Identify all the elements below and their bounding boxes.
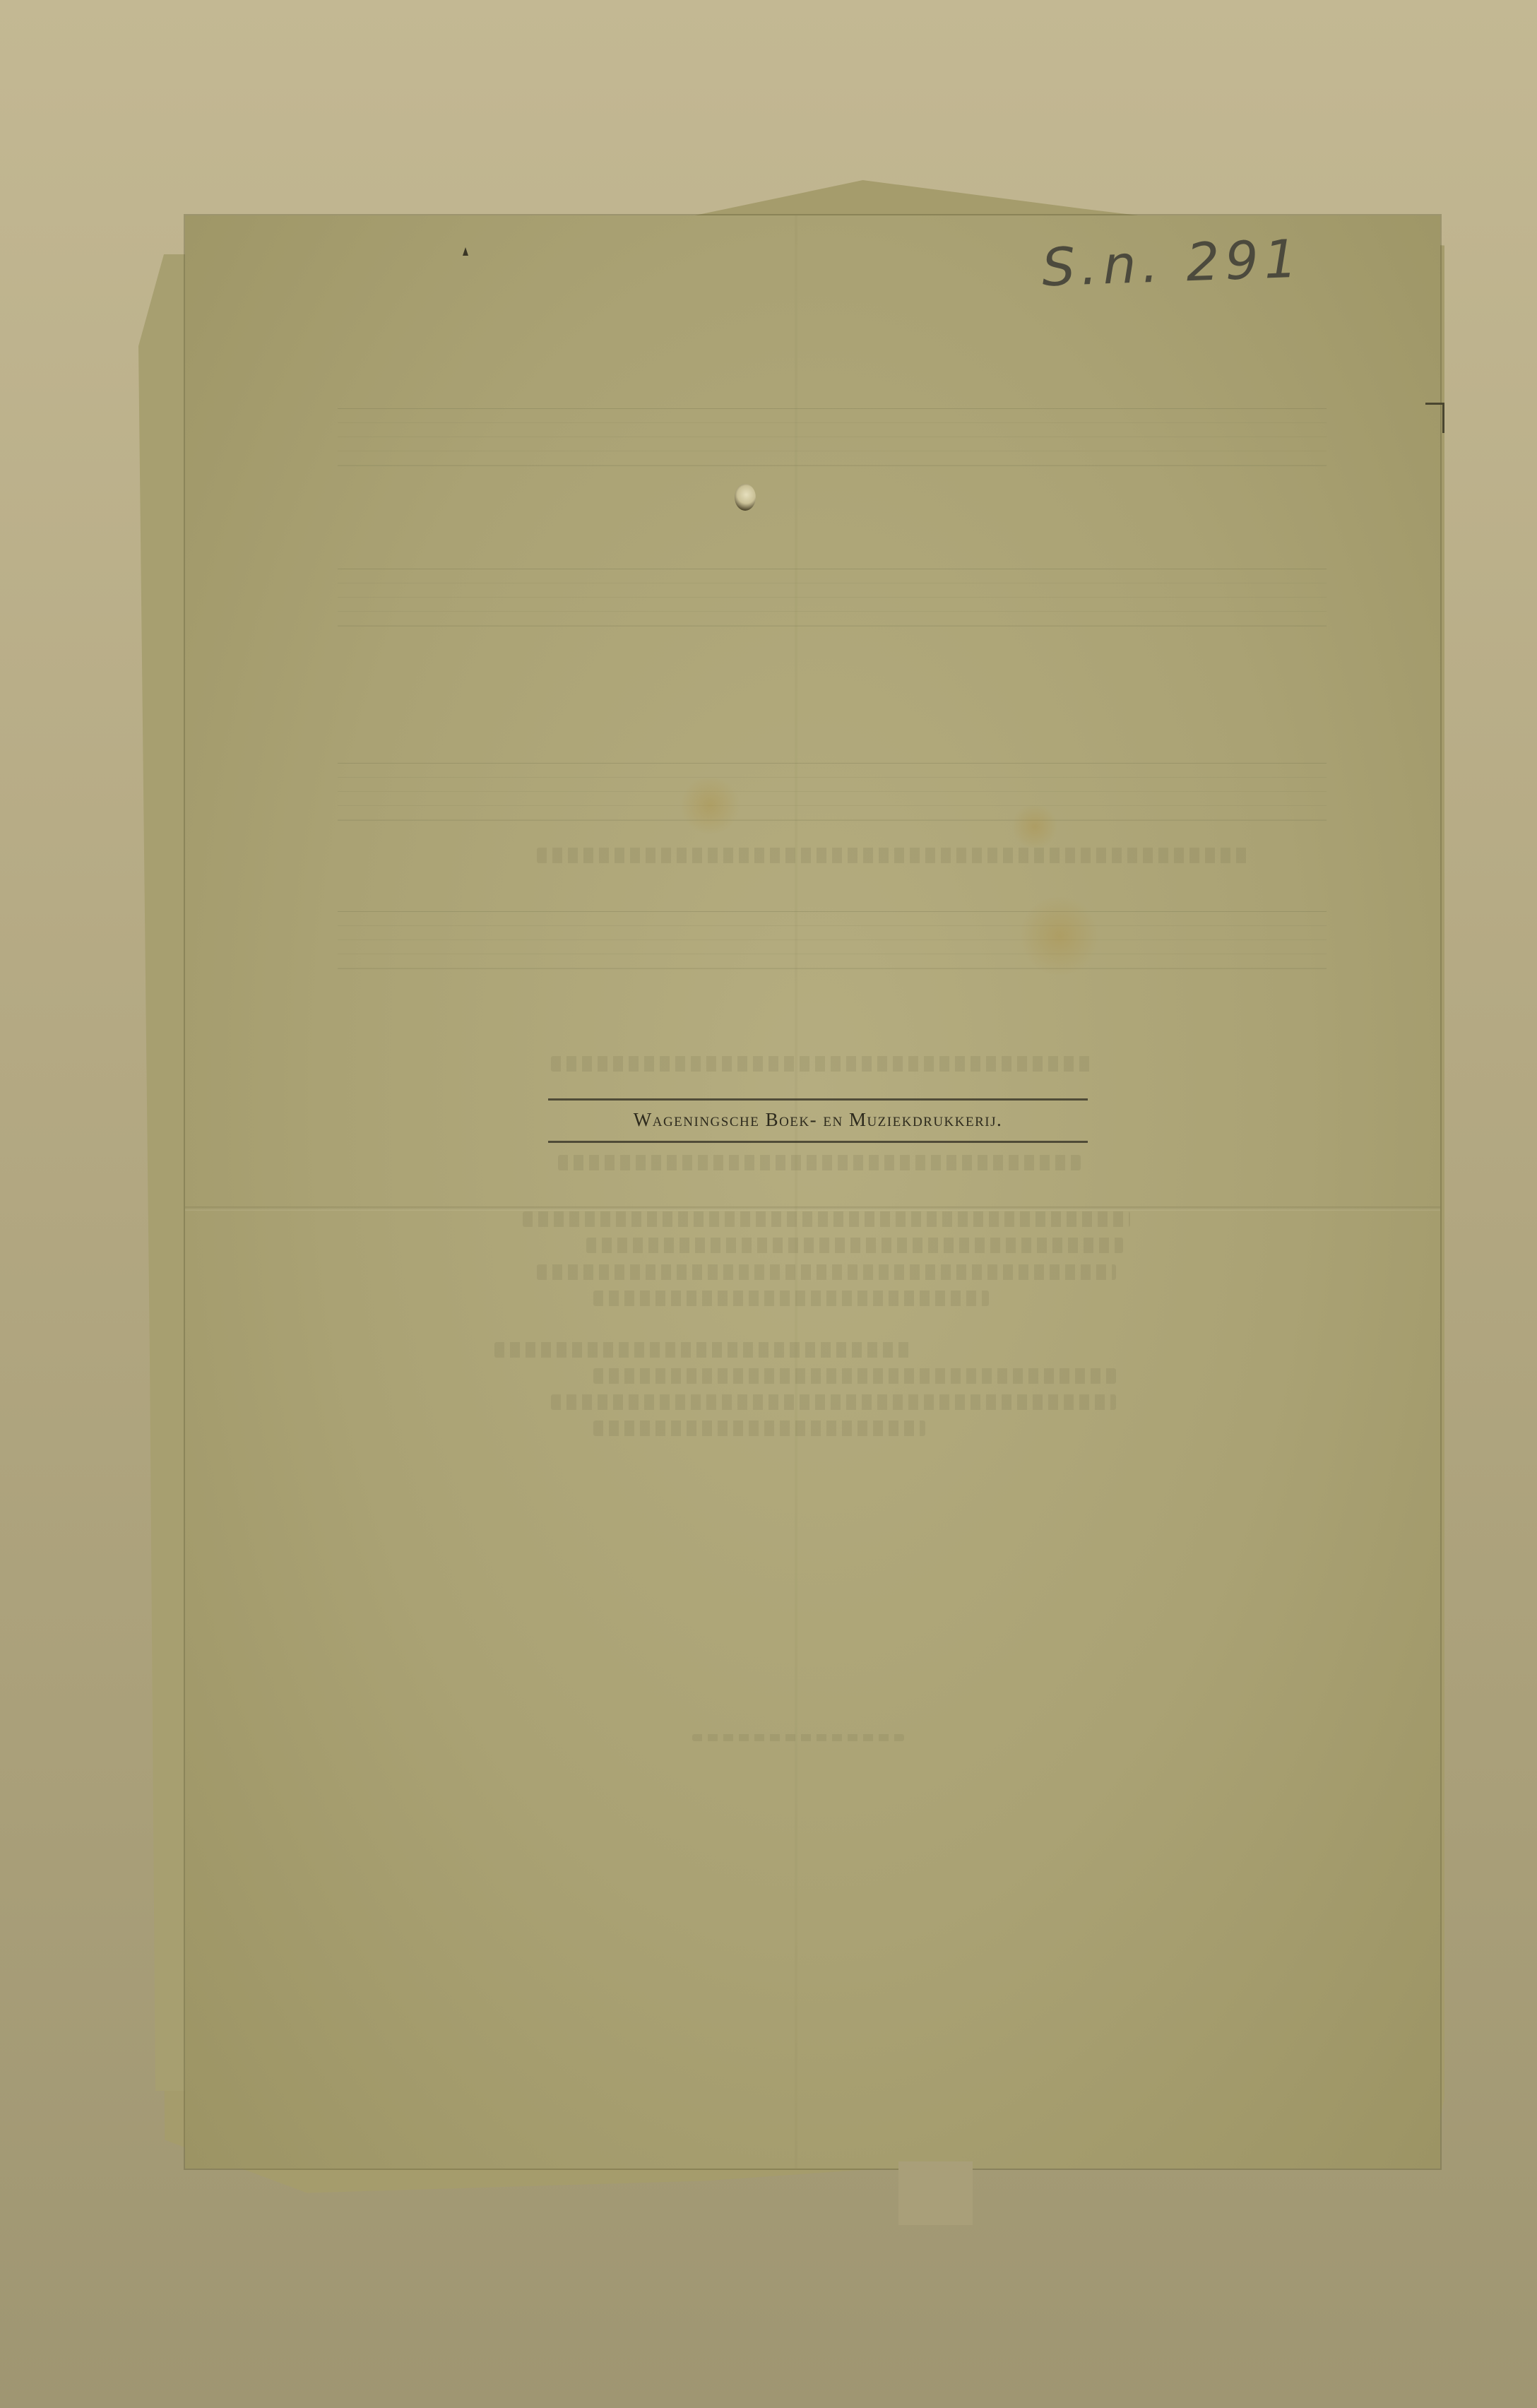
bleed-through-staff (338, 408, 1327, 466)
bleed-through-text-line (593, 1291, 989, 1306)
bleed-through-staff (338, 569, 1327, 627)
bleed-through-text-line (593, 1421, 925, 1436)
bleed-through-staff (338, 763, 1327, 821)
bleed-through-text-line (494, 1342, 911, 1358)
torn-notch (898, 2161, 973, 2225)
bleed-through-rule (692, 1734, 904, 1741)
handwritten-shelfmark: S.n. 291 (1041, 229, 1304, 299)
edge-tear-mark (1425, 403, 1444, 433)
imprint-bottom-rule (548, 1141, 1088, 1143)
bleed-through-text-line (537, 1264, 1116, 1280)
bleed-through-lyrics (537, 848, 1250, 863)
bleed-through-text-line (586, 1238, 1123, 1253)
bleed-through-text-line (593, 1368, 1116, 1384)
bleed-through-text-line (523, 1211, 1130, 1227)
bleed-through-text-line (551, 1056, 1095, 1072)
foxing-stain (678, 777, 742, 834)
horizontal-fold-crease (185, 1206, 1440, 1211)
printer-imprint: Wageningsche Boek- en Muziekdrukkerij. (548, 1098, 1088, 1143)
paper-hole (735, 484, 756, 511)
bleed-through-staff (338, 911, 1327, 969)
imprint-top-rule (548, 1098, 1088, 1101)
bleed-through-text-line (558, 1155, 1081, 1170)
vertical-fold-crease (795, 215, 797, 2169)
foxing-stain (1017, 897, 1102, 975)
bleed-through-text-line (551, 1394, 1116, 1410)
imprint-text: Wageningsche Boek- en Muziekdrukkerij. (548, 1101, 1088, 1141)
foxing-stain (1010, 805, 1060, 848)
document-page (185, 215, 1440, 2169)
